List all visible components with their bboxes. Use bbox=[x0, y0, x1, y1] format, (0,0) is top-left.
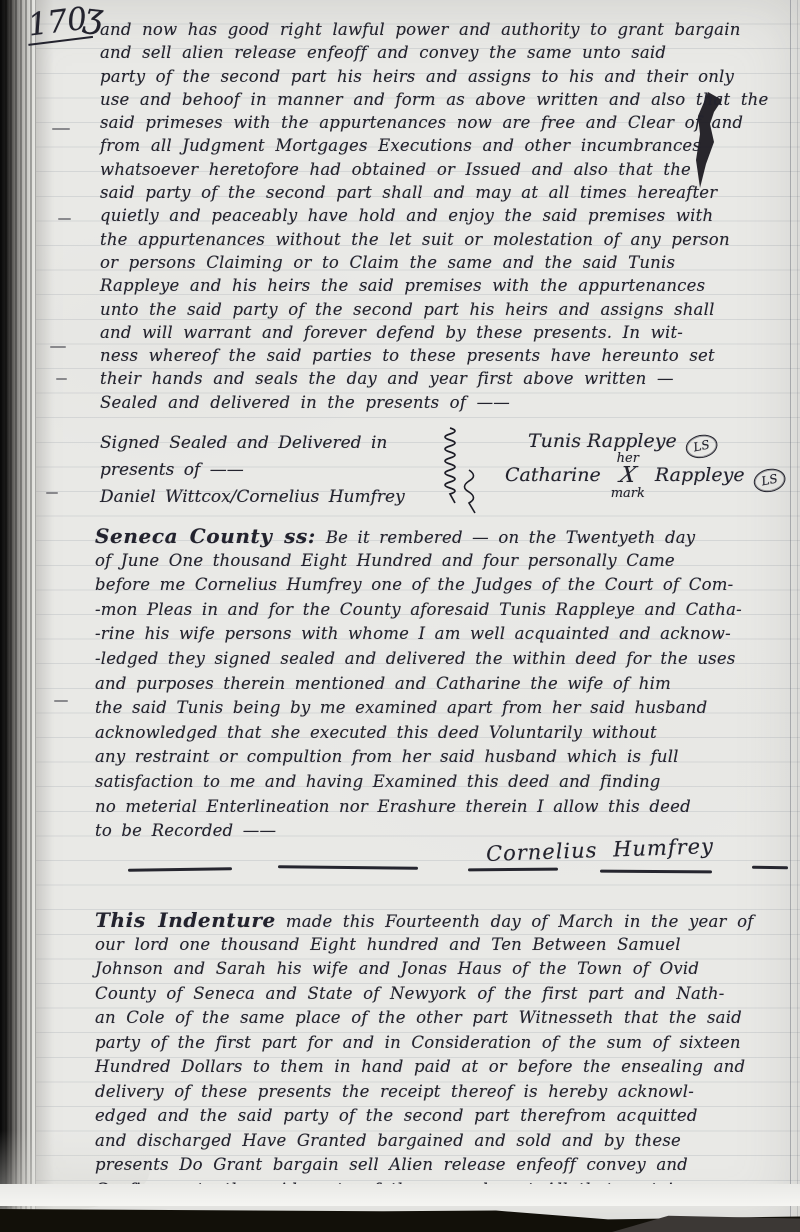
signature-tunis-name: Tunis Rappleye bbox=[528, 430, 677, 452]
ack-line: and purposes therein mentioned and Catha… bbox=[95, 672, 742, 697]
separator-dash bbox=[278, 865, 418, 869]
indenture-line: edged and the said party of the second p… bbox=[95, 1104, 754, 1129]
indenture-line-text: made this Fourteenth day of March in the… bbox=[286, 912, 754, 931]
indenture-line: delivery of these presents the receipt t… bbox=[95, 1080, 754, 1105]
deed-line: said primeses with the appurtenances now… bbox=[100, 111, 768, 134]
indenture-line: an Cole of the same place of the other p… bbox=[95, 1006, 754, 1031]
deed-line: and will warrant and forever defend by t… bbox=[100, 321, 768, 344]
deed-line: whatsoever heretofore had obtained or Is… bbox=[100, 158, 768, 181]
witness-note-line: presents of —— bbox=[100, 457, 405, 484]
deed-line: from all Judgment Mortgages Executions a… bbox=[100, 134, 768, 157]
ack-line: acknowledged that she executed this deed… bbox=[95, 721, 742, 746]
deed-line: party of the second part his heirs and a… bbox=[100, 65, 768, 88]
indenture-opening: This Indenture bbox=[95, 908, 276, 932]
witness-names: Daniel Wittcox/Cornelius Humfrey bbox=[100, 484, 405, 511]
ack-line-text: Be it rembered — on the Twentyeth day bbox=[326, 528, 695, 547]
acknowledgment-paragraph: Seneca County ss:Be it rembered — on the… bbox=[95, 524, 742, 844]
deed-line: and now has good right lawful power and … bbox=[100, 18, 768, 41]
margin-tick bbox=[54, 700, 68, 702]
witness-brace bbox=[460, 468, 480, 516]
page-right-edge-line bbox=[790, 0, 791, 1232]
ack-line: before me Cornelius Humfrey one of the J… bbox=[95, 573, 742, 598]
her-mark-x: herXmark bbox=[611, 452, 645, 500]
deed-conclusion-paragraph: and now has good right lawful power and … bbox=[100, 18, 768, 414]
ack-line: -mon Pleas in and for the County aforesa… bbox=[95, 598, 742, 623]
deed-line: Sealed and delivered in the presents of … bbox=[100, 391, 768, 414]
ack-line: of June One thousand Eight Hundred and f… bbox=[95, 549, 742, 574]
deed-line: their hands and seals the day and year f… bbox=[100, 367, 768, 390]
signature-catharine-last: Rappleye bbox=[655, 464, 745, 486]
margin-tick bbox=[50, 346, 66, 348]
county-clause: Seneca County ss: bbox=[95, 524, 316, 548]
ack-line: any restraint or compultion from her sai… bbox=[95, 745, 742, 770]
flourish-squiggle bbox=[436, 426, 462, 506]
mark-label: mark bbox=[611, 487, 645, 500]
deed-line: the appurtenances without the let suit o… bbox=[100, 228, 768, 251]
witness-block: Signed Sealed and Delivered in presents … bbox=[100, 430, 405, 511]
margin-tick bbox=[46, 492, 58, 494]
indenture-line: This Indenturemade this Fourteenth day o… bbox=[95, 908, 754, 933]
indenture-line: and discharged Have Granted bargained an… bbox=[95, 1129, 754, 1154]
indenture-line: our lord one thousand Eight hundred and … bbox=[95, 933, 754, 958]
ack-line: satisfaction to me and having Examined t… bbox=[95, 770, 742, 795]
signature-catharine-first: Catharine bbox=[505, 464, 601, 486]
ack-line: -ledged they signed sealed and delivered… bbox=[95, 647, 742, 672]
page-right-edge-line-2 bbox=[797, 0, 798, 1232]
separator-dash bbox=[128, 867, 232, 871]
deed-line: or persons Claiming or to Claim the same… bbox=[100, 251, 768, 274]
deed-line: use and behoof in manner and form as abo… bbox=[100, 88, 768, 111]
deed-line: and sell alien release enfeoff and conve… bbox=[100, 41, 768, 64]
deed-line: said party of the second part shall and … bbox=[100, 181, 768, 204]
indenture-line: party of the first part for and in Consi… bbox=[95, 1031, 754, 1056]
margin-tick bbox=[52, 128, 70, 130]
separator-dash bbox=[468, 868, 558, 872]
deed-line: quietly and peaceably have hold and enjo… bbox=[100, 204, 768, 227]
book-binding-edge bbox=[0, 0, 36, 1232]
ack-line: the said Tunis being by me examined apar… bbox=[95, 696, 742, 721]
ack-line: no meterial Enterlineation nor Erashure … bbox=[95, 795, 742, 820]
indenture-line: County of Seneca and State of Newyork of… bbox=[95, 982, 754, 1007]
separator-dash bbox=[752, 866, 788, 870]
separator-dash bbox=[600, 870, 712, 874]
seal-ls-icon: LS bbox=[751, 466, 787, 495]
page-bottom-edge bbox=[0, 1184, 800, 1206]
deed-line: Rappleye and his heirs the said premises… bbox=[100, 274, 768, 297]
margin-tick bbox=[56, 378, 67, 380]
binding-shadow bbox=[36, 0, 54, 1232]
margin-tick bbox=[58, 218, 71, 220]
indenture-line: Johnson and Sarah his wife and Jonas Hau… bbox=[95, 957, 754, 982]
signature-catharine: CatharineherXmarkRappleyeLS bbox=[505, 452, 785, 500]
indenture-line: Hundred Dollars to them in hand paid at … bbox=[95, 1055, 754, 1080]
deed-line: ness whereof the said parties to these p… bbox=[100, 344, 768, 367]
second-indenture-paragraph: This Indenturemade this Fourteenth day o… bbox=[95, 908, 754, 1202]
ack-line: Seneca County ss:Be it rembered — on the… bbox=[95, 524, 742, 549]
witness-note-line: Signed Sealed and Delivered in bbox=[100, 430, 405, 457]
ack-line: -rine his wife persons with whome I am w… bbox=[95, 622, 742, 647]
x-mark: X bbox=[618, 465, 638, 487]
indenture-line: presents Do Grant bargain sell Alien rel… bbox=[95, 1153, 754, 1178]
deed-line: unto the said party of the second part h… bbox=[100, 298, 768, 321]
scanned-deed-page: 170 ʒ and now has good right lawful powe… bbox=[0, 0, 800, 1232]
